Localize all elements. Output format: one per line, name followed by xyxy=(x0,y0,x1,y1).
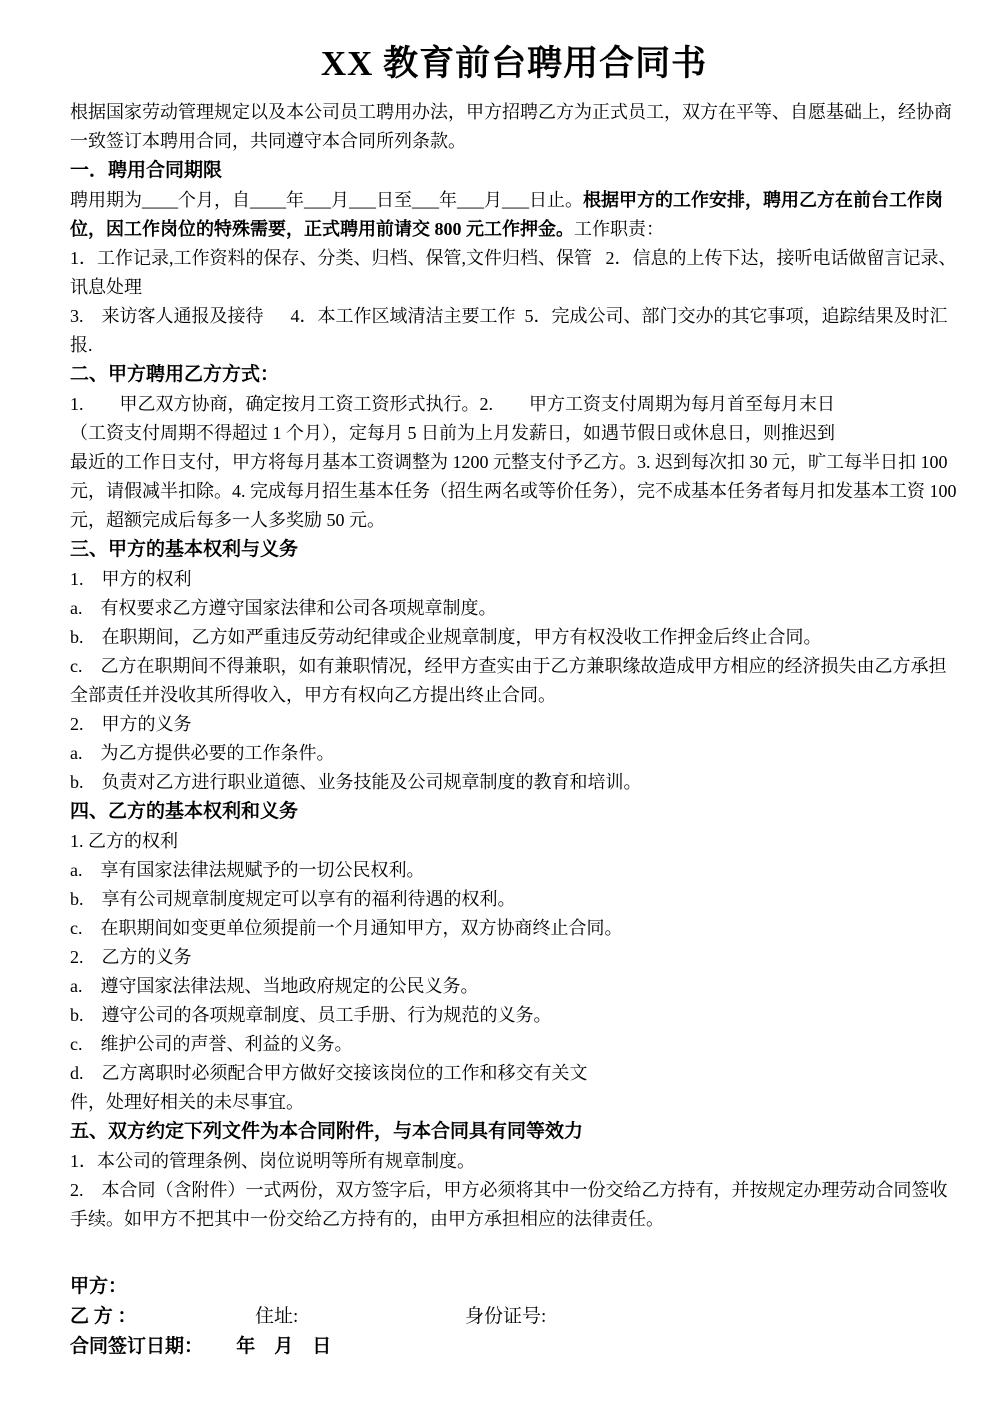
signature-block: 甲方： 乙 方 ： 住址: 身份证号: 合同签订日期： 年 月 日 xyxy=(70,1272,958,1362)
term-paragraph: 聘用期为____个月，自____年___月___日至___年___月___日止。… xyxy=(70,186,958,244)
contract-clause: 2. 甲方的义务 xyxy=(70,710,958,739)
contract-clause: c. 乙方在职期间不得兼职，如有兼职情况，经甲方查实由于乙方兼职缘故造成甲方相应… xyxy=(70,652,958,710)
section-2-heading: 二、甲方聘用乙方方式： xyxy=(70,360,958,390)
signature-party-a: 甲方： xyxy=(70,1272,958,1302)
id-number-label: 身份证号: xyxy=(465,1302,546,1332)
contract-clause: b. 在职期间，乙方如严重违反劳动纪律或企业规章制度，甲方有权没收工作押金后终止… xyxy=(70,623,958,652)
contract-clause: d. 乙方离职时必须配合甲方做好交接该岗位的工作和移交有关文 件，处理好相关的未… xyxy=(70,1059,958,1117)
duties-line-1: 1．工作记录,工作资料的保存、分类、归档、保管,文件归档、保管 2．信息的上传下… xyxy=(70,244,958,302)
party-b-label: 乙 方 ： xyxy=(70,1302,255,1332)
contract-clause: b. 享有公司规章制度规定可以享有的福利待遇的权利。 xyxy=(70,885,958,914)
address-label: 住址: xyxy=(255,1302,465,1332)
contract-clause: a. 享有国家法律法规赋予的一切公民权利。 xyxy=(70,856,958,885)
contract-clause: c. 在职期间如变更单位须提前一个月通知甲方，双方协商终止合同。 xyxy=(70,914,958,943)
contract-clause: b. 遵守公司的各项规章制度、员工手册、行为规范的义务。 xyxy=(70,1001,958,1030)
term-tail-text: 工作职责： xyxy=(574,219,664,239)
signature-date-line: 合同签订日期： 年 月 日 xyxy=(70,1332,958,1362)
contract-clause: c. 维护公司的声誉、利益的义务。 xyxy=(70,1030,958,1059)
duties-line-2: 3. 来访客人通报及接待 4．本工作区域清洁主要工作 5．完成公司、部门交办的其… xyxy=(70,302,958,360)
contract-clause: 2. 乙方的义务 xyxy=(70,943,958,972)
contract-clause: 1. 乙方的权利 xyxy=(70,827,958,856)
payment-line-1: 1. 甲乙双方协商，确定按月工资工资形式执行。2. 甲方工资支付周期为每月首至每… xyxy=(70,390,958,419)
document-page: XX 教育前台聘用合同书 根据国家劳动管理规定以及本公司员工聘用办法，甲方招聘乙… xyxy=(0,0,1000,1417)
section-3-heading: 三、甲方的基本权利与义务 xyxy=(70,535,958,565)
signature-party-b-row: 乙 方 ： 住址: 身份证号: xyxy=(70,1302,958,1332)
term-normal-text: 聘用期为____个月，自____年___月___日至___年___月___日止。 xyxy=(70,190,583,210)
payment-line-3: 最近的工作日支付，甲方将每月基本工资调整为 1200 元整支付予乙方。3. 迟到… xyxy=(70,448,958,535)
contract-clause: b. 负责对乙方进行职业道德、业务技能及公司规章制度的教育和培训。 xyxy=(70,768,958,797)
contract-clause: 1. 甲方的权利 xyxy=(70,565,958,594)
contract-clause: 2. 本合同（含附件）一式两份，双方签字后，甲方必须将其中一份交给乙方持有，并按… xyxy=(70,1176,958,1234)
intro-paragraph: 根据国家劳动管理规定以及本公司员工聘用办法，甲方招聘乙方为正式员工，双方在平等、… xyxy=(70,98,958,156)
section-1-heading: 一．聘用合同期限 xyxy=(70,156,958,186)
contract-clause: a. 有权要求乙方遵守国家法律和公司各项规章制度。 xyxy=(70,594,958,623)
section-4-heading: 四、乙方的基本权利和义务 xyxy=(70,797,958,827)
section-5-heading: 五、双方约定下列文件为本合同附件，与本合同具有同等效力 xyxy=(70,1117,958,1147)
payment-line-2: （工资支付周期不得超过 1 个月），定每月 5 日前为上月发薪日，如遇节假日或休… xyxy=(70,419,958,448)
contract-title: XX 教育前台聘用合同书 xyxy=(70,40,958,88)
contract-clause: 1．本公司的管理条例、岗位说明等所有规章制度。 xyxy=(70,1147,958,1176)
contract-clause: a. 为乙方提供必要的工作条件。 xyxy=(70,739,958,768)
contract-clause: a. 遵守国家法律法规、当地政府规定的公民义务。 xyxy=(70,972,958,1001)
